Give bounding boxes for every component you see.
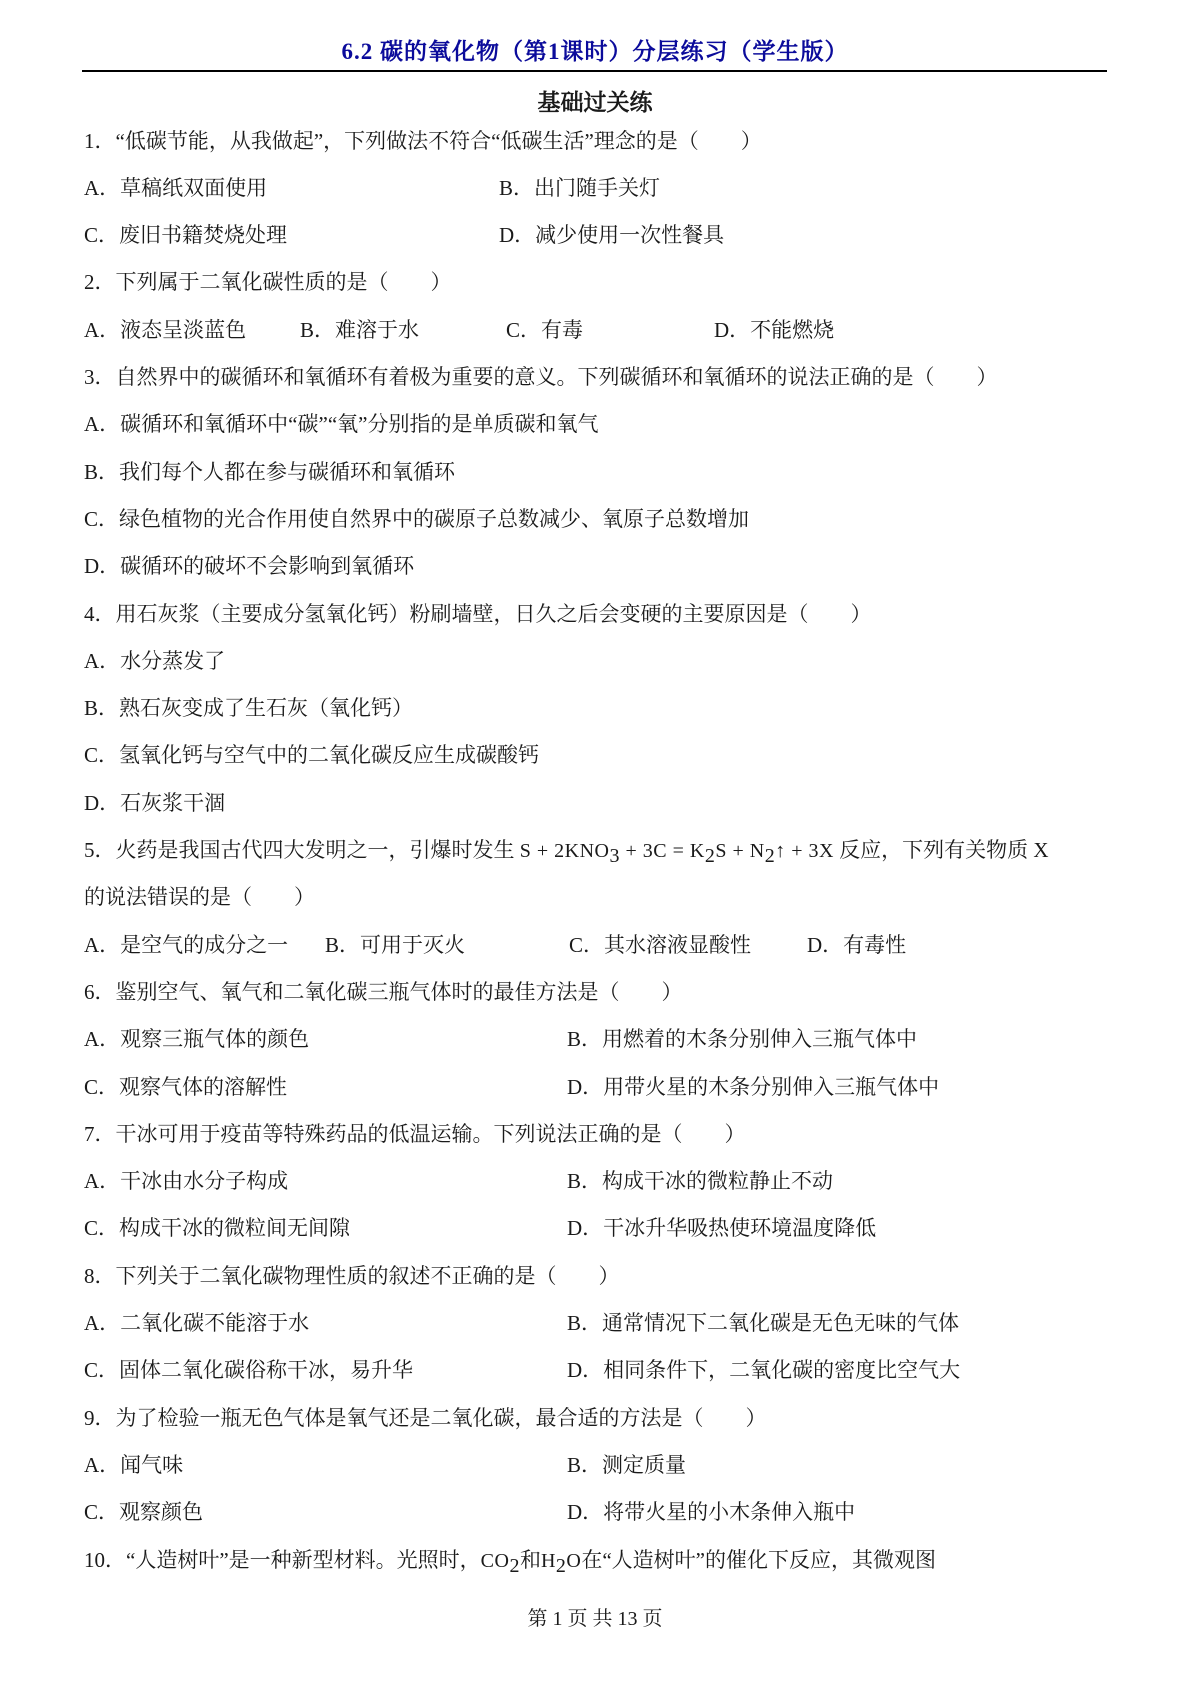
question-3-options-row: A．碳循环和氧循环中“碳”“氧”分别指的是单质碳和氧气 [84, 401, 1190, 448]
option-text: 观察三瓶气体的颜色 [120, 1027, 309, 1051]
question-9-options-row: C．观察颜色D．将带火星的小木条伸入瓶中 [84, 1489, 1190, 1536]
option-B: B．测定质量 [567, 1442, 686, 1489]
option-label: D． [567, 1075, 603, 1099]
option-A: A．干冰由水分子构成 [84, 1158, 288, 1205]
option-D: D．干冰升华吸热使环境温度降低 [567, 1205, 876, 1252]
option-label: A． [84, 649, 120, 673]
stem-text: 在“人造树叶”的催化下反应，其微观图 [581, 1548, 936, 1572]
question-10-stem-line: 10．“人造树叶”是一种新型材料。光照时，CO2和H2O在“人造树叶”的催化下反… [84, 1537, 1190, 1584]
question-number: 1． [84, 129, 116, 153]
formula-subscript: 2 [705, 845, 716, 867]
question-number: 5． [84, 838, 116, 862]
question-3-options-row: C．绿色植物的光合作用使自然界中的碳原子总数减少、氧原子总数增加 [84, 496, 1190, 543]
stem-text: “低碳节能，从我做起”，下列做法不符合“低碳生活”理念的是（ ） [116, 129, 762, 153]
question-1-stem-line: 1．“低碳节能，从我做起”，下列做法不符合“低碳生活”理念的是（ ） [84, 118, 1190, 165]
option-label: A． [84, 1027, 120, 1051]
option-B: B．构成干冰的微粒静止不动 [567, 1158, 833, 1205]
option-label: C． [84, 1075, 119, 1099]
page-number: 第 1 页 共 13 页 [0, 1602, 1190, 1631]
option-text: 减少使用一次性餐具 [535, 223, 724, 247]
option-D: D．用带火星的木条分别伸入三瓶气体中 [567, 1064, 939, 1111]
worksheet-page: 6.2 碳的氧化物（第1课时）分层练习（学生版） 基础过关练 1．“低碳节能，从… [0, 0, 1190, 1682]
question-5-stem-line: 的说法错误的是（ ） [84, 874, 1190, 921]
option-label: C． [84, 1358, 119, 1382]
option-D: D．碳循环的破坏不会影响到氧循环 [84, 543, 414, 590]
stem-text: 鉴别空气、氧气和二氧化碳三瓶气体时的最佳方法是（ ） [116, 980, 683, 1004]
option-label: D． [499, 223, 535, 247]
option-C: C．有毒 [506, 307, 583, 354]
question-number: 2． [84, 270, 116, 294]
option-text: 相同条件下，二氧化碳的密度比空气大 [603, 1358, 960, 1382]
option-label: B． [325, 933, 360, 957]
option-label: D． [567, 1358, 603, 1382]
option-label: A． [84, 1453, 120, 1477]
option-A: A．碳循环和氧循环中“碳”“氧”分别指的是单质碳和氧气 [84, 401, 598, 448]
option-label: C． [569, 933, 604, 957]
option-label: B． [567, 1453, 602, 1477]
option-D: D．有毒性 [807, 922, 906, 969]
option-text: 碳循环和氧循环中“碳”“氧”分别指的是单质碳和氧气 [120, 412, 598, 436]
option-text: 将带火星的小木条伸入瓶中 [603, 1500, 855, 1524]
option-text: 不能燃烧 [750, 318, 834, 342]
option-text: 草稿纸双面使用 [120, 176, 267, 200]
option-label: D． [567, 1500, 603, 1524]
option-text: 熟石灰变成了生石灰（氧化钙） [119, 696, 413, 720]
option-text: 通常情况下二氧化碳是无色无味的气体 [602, 1311, 959, 1335]
option-C: C．绿色植物的光合作用使自然界中的碳原子总数减少、氧原子总数增加 [84, 496, 749, 543]
question-4-options-row: D．石灰浆干涸 [84, 780, 1190, 827]
stem-text: 下列关于二氧化碳物理性质的叙述不正确的是（ ） [116, 1264, 620, 1288]
question-4-options-row: A．水分蒸发了 [84, 638, 1190, 685]
question-number: 6． [84, 980, 116, 1004]
option-text: 我们每个人都在参与碳循环和氧循环 [119, 460, 455, 484]
option-text: 其水溶液显酸性 [604, 933, 751, 957]
formula-subscript: 2 [556, 1555, 567, 1577]
question-2-stem-line: 2．下列属于二氧化碳性质的是（ ） [84, 259, 1190, 306]
option-text: 可用于灭火 [360, 933, 465, 957]
option-text: 测定质量 [602, 1453, 686, 1477]
option-A: A．草稿纸双面使用 [84, 165, 267, 212]
chemical-formula: S + 2KNO [520, 840, 610, 862]
stem-text: 和 [520, 1548, 541, 1572]
option-B: B．通常情况下二氧化碳是无色无味的气体 [567, 1300, 959, 1347]
chemical-formula: CO [481, 1550, 510, 1572]
option-C: C．固体二氧化碳俗称干冰，易升华 [84, 1347, 413, 1394]
question-1-options-row: C．废旧书籍焚烧处理D．减少使用一次性餐具 [84, 212, 1190, 259]
question-4-options-row: B．熟石灰变成了生石灰（氧化钙） [84, 685, 1190, 732]
question-8-options-row: C．固体二氧化碳俗称干冰，易升华D．相同条件下，二氧化碳的密度比空气大 [84, 1347, 1190, 1394]
question-3-stem-line: 3．自然界中的碳循环和氧循环有着极为重要的意义。下列碳循环和氧循环的说法正确的是… [84, 354, 1190, 401]
option-text: 干冰升华吸热使环境温度降低 [603, 1216, 876, 1240]
option-C: C．氢氧化钙与空气中的二氧化碳反应生成碳酸钙 [84, 732, 539, 779]
stem-text: 下列属于二氧化碳性质的是（ ） [116, 270, 452, 294]
option-text: 是空气的成分之一 [120, 933, 288, 957]
header-divider [82, 70, 1107, 72]
stem-text: 干冰可用于疫苗等特殊药品的低温运输。下列说法正确的是（ ） [116, 1122, 746, 1146]
option-text: 废旧书籍焚烧处理 [119, 223, 287, 247]
stem-text: 为了检验一瓶无色气体是氧气还是二氧化碳，最合适的方法是（ ） [116, 1406, 767, 1430]
option-text: 碳循环的破坏不会影响到氧循环 [120, 554, 414, 578]
option-text: 二氧化碳不能溶于水 [120, 1311, 309, 1335]
question-5-stem-line: 5．火药是我国古代四大发明之一，引爆时发生 S + 2KNO3 + 3C = K… [84, 827, 1190, 874]
chemical-formula: + 3C = K [620, 840, 705, 862]
option-label: C． [84, 1500, 119, 1524]
question-8-options-row: A．二氧化碳不能溶于水B．通常情况下二氧化碳是无色无味的气体 [84, 1300, 1190, 1347]
option-label: C． [84, 743, 119, 767]
question-1-options-row: A．草稿纸双面使用B．出门随手关灯 [84, 165, 1190, 212]
question-3-options-row: D．碳循环的破坏不会影响到氧循环 [84, 543, 1190, 590]
option-label: B． [84, 460, 119, 484]
option-text: 氢氧化钙与空气中的二氧化碳反应生成碳酸钙 [119, 743, 539, 767]
question-6-options-row: C．观察气体的溶解性D．用带火星的木条分别伸入三瓶气体中 [84, 1064, 1190, 1111]
chemical-formula: S + N [715, 840, 764, 862]
question-7-options-row: A．干冰由水分子构成B．构成干冰的微粒静止不动 [84, 1158, 1190, 1205]
option-C: C．观察颜色 [84, 1489, 203, 1536]
option-text: 构成干冰的微粒静止不动 [602, 1169, 833, 1193]
option-label: A． [84, 933, 120, 957]
option-label: A． [84, 1169, 120, 1193]
option-C: C．废旧书籍焚烧处理 [84, 212, 287, 259]
stem-text: 的说法错误的是（ ） [84, 885, 315, 909]
option-label: A． [84, 318, 120, 342]
option-label: B． [567, 1311, 602, 1335]
stem-text: 火药是我国古代四大发明之一，引爆时发生 [116, 838, 520, 862]
question-number: 8． [84, 1264, 116, 1288]
option-label: B． [567, 1027, 602, 1051]
stem-text: “人造树叶”是一种新型材料。光照时， [126, 1548, 481, 1572]
option-text: 观察颜色 [119, 1500, 203, 1524]
question-number: 3． [84, 365, 116, 389]
formula-subscript: 3 [609, 845, 620, 867]
option-label: C． [506, 318, 541, 342]
option-text: 绿色植物的光合作用使自然界中的碳原子总数减少、氧原子总数增加 [119, 507, 749, 531]
option-label: B． [84, 696, 119, 720]
option-A: A．是空气的成分之一 [84, 922, 288, 969]
option-text: 用燃着的木条分别伸入三瓶气体中 [602, 1027, 917, 1051]
option-A: A．水分蒸发了 [84, 638, 225, 685]
option-label: C． [84, 507, 119, 531]
option-label: B． [300, 318, 335, 342]
option-text: 构成干冰的微粒间无间隙 [119, 1216, 350, 1240]
question-2-options-row: A．液态呈淡蓝色B．难溶于水C．有毒D．不能燃烧 [84, 307, 1190, 354]
option-label: A． [84, 1311, 120, 1335]
option-B: B．熟石灰变成了生石灰（氧化钙） [84, 685, 413, 732]
option-D: D．石灰浆干涸 [84, 780, 225, 827]
formula-subscript: 2 [509, 1555, 520, 1577]
option-D: D．不能燃烧 [714, 307, 834, 354]
question-4-options-row: C．氢氧化钙与空气中的二氧化碳反应生成碳酸钙 [84, 732, 1190, 779]
question-7-options-row: C．构成干冰的微粒间无间隙D．干冰升华吸热使环境温度降低 [84, 1205, 1190, 1252]
option-text: 石灰浆干涸 [120, 791, 225, 815]
option-text: 用带火星的木条分别伸入三瓶气体中 [603, 1075, 939, 1099]
chemical-formula: O [566, 1550, 581, 1572]
question-number: 10． [84, 1548, 126, 1572]
question-5-options-row: A．是空气的成分之一B．可用于灭火C．其水溶液显酸性D．有毒性 [84, 922, 1190, 969]
option-label: C． [84, 1216, 119, 1240]
question-9-options-row: A．闻气味B．测定质量 [84, 1442, 1190, 1489]
option-text: 有毒性 [843, 933, 906, 957]
option-label: D． [567, 1216, 603, 1240]
option-B: B．用燃着的木条分别伸入三瓶气体中 [567, 1016, 917, 1063]
option-text: 出门随手关灯 [534, 176, 660, 200]
question-6-stem-line: 6．鉴别空气、氧气和二氧化碳三瓶气体时的最佳方法是（ ） [84, 969, 1190, 1016]
option-text: 难溶于水 [335, 318, 419, 342]
option-B: B．难溶于水 [300, 307, 419, 354]
option-text: 液态呈淡蓝色 [120, 318, 246, 342]
question-number: 9． [84, 1406, 116, 1430]
document-title: 6.2 碳的氧化物（第1课时）分层练习（学生版） [0, 33, 1190, 66]
option-A: A．二氧化碳不能溶于水 [84, 1300, 309, 1347]
stem-text: 自然界中的碳循环和氧循环有着极为重要的意义。下列碳循环和氧循环的说法正确的是（ … [116, 365, 998, 389]
question-number: 7． [84, 1122, 116, 1146]
stem-text: 反应，下列有关物质 X [834, 838, 1049, 862]
formula-subscript: 2 [765, 845, 776, 867]
option-label: A． [84, 176, 120, 200]
option-text: 固体二氧化碳俗称干冰，易升华 [119, 1358, 413, 1382]
option-D: D．减少使用一次性餐具 [499, 212, 724, 259]
question-number: 4． [84, 602, 116, 626]
option-B: B．我们每个人都在参与碳循环和氧循环 [84, 449, 455, 496]
option-A: A．观察三瓶气体的颜色 [84, 1016, 309, 1063]
question-8-stem-line: 8．下列关于二氧化碳物理性质的叙述不正确的是（ ） [84, 1253, 1190, 1300]
stem-text: 用石灰浆（主要成分氢氧化钙）粉刷墙壁，日久之后会变硬的主要原因是（ ） [116, 602, 872, 626]
option-label: B． [499, 176, 534, 200]
option-label: D． [84, 554, 120, 578]
option-B: B．出门随手关灯 [499, 165, 660, 212]
question-6-options-row: A．观察三瓶气体的颜色B．用燃着的木条分别伸入三瓶气体中 [84, 1016, 1190, 1063]
option-text: 观察气体的溶解性 [119, 1075, 287, 1099]
question-9-stem-line: 9．为了检验一瓶无色气体是氧气还是二氧化碳，最合适的方法是（ ） [84, 1395, 1190, 1442]
option-text: 闻气味 [120, 1453, 183, 1477]
option-B: B．可用于灭火 [325, 922, 465, 969]
option-label: D． [714, 318, 750, 342]
option-A: A．闻气味 [84, 1442, 183, 1489]
question-4-stem-line: 4．用石灰浆（主要成分氢氧化钙）粉刷墙壁，日久之后会变硬的主要原因是（ ） [84, 591, 1190, 638]
option-C: C．其水溶液显酸性 [569, 922, 751, 969]
option-D: D．相同条件下，二氧化碳的密度比空气大 [567, 1347, 960, 1394]
option-C: C．观察气体的溶解性 [84, 1064, 287, 1111]
question-3-options-row: B．我们每个人都在参与碳循环和氧循环 [84, 449, 1190, 496]
question-7-stem-line: 7．干冰可用于疫苗等特殊药品的低温运输。下列说法正确的是（ ） [84, 1111, 1190, 1158]
option-label: D． [807, 933, 843, 957]
option-A: A．液态呈淡蓝色 [84, 307, 246, 354]
option-text: 干冰由水分子构成 [120, 1169, 288, 1193]
option-label: A． [84, 412, 120, 436]
option-C: C．构成干冰的微粒间无间隙 [84, 1205, 350, 1252]
option-D: D．将带火星的小木条伸入瓶中 [567, 1489, 855, 1536]
chemical-formula: H [541, 1550, 556, 1572]
option-label: B． [567, 1169, 602, 1193]
section-heading: 基础过关练 [0, 88, 1190, 118]
chemical-formula: ↑ + 3X [775, 840, 834, 862]
option-text: 水分蒸发了 [120, 649, 225, 673]
option-label: C． [84, 223, 119, 247]
option-label: D． [84, 791, 120, 815]
option-text: 有毒 [541, 318, 583, 342]
